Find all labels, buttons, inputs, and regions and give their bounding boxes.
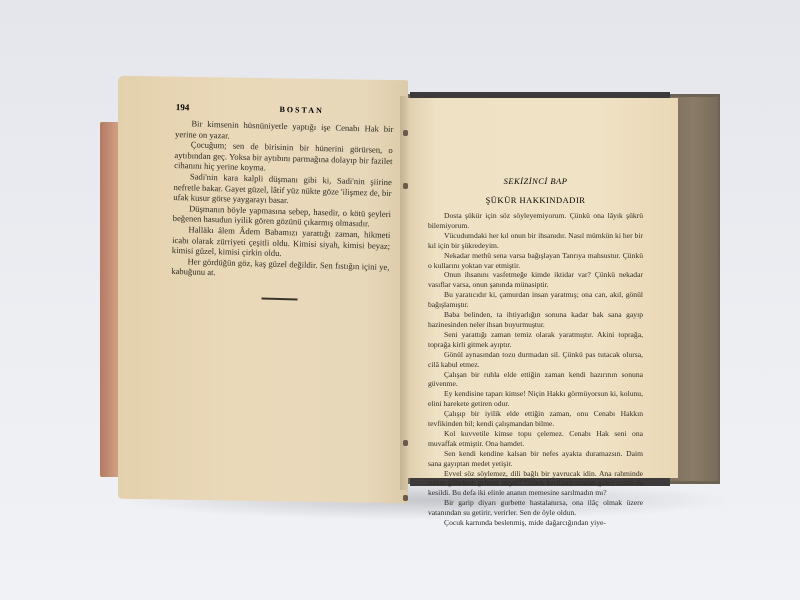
- paragraph: Kol kuvvetile kimse topu çelemez. Cenabı…: [428, 429, 643, 449]
- paragraph: Onun ihsanını vasfetmeğe kimde iktidar v…: [428, 270, 643, 290]
- paragraph: Baba belinden, ta ihtiyarlığın sonuna ka…: [428, 310, 643, 330]
- paragraph: Gönül aynasından tozu durmadan sil. Çünk…: [428, 350, 643, 370]
- paragraph: Vücudumdaki her kıl onun bir ihsanıdır. …: [428, 231, 643, 251]
- paragraph: Çalışıp bir iyilik elde ettiğin zaman, o…: [428, 409, 643, 429]
- running-title: BOSTAN: [279, 105, 324, 116]
- left-page-body: Bir kimsenin hüsnüniyetle yaptığı işe Ce…: [171, 118, 393, 283]
- right-page-body: Dosta şükür için söz söyleyemiyorum. Çün…: [428, 211, 643, 528]
- paragraph: Seni yarattığı zaman temiz olarak yaratm…: [428, 330, 643, 350]
- chapter-subtitle: ŞÜKÜR HAKKINDADIR: [428, 195, 643, 205]
- paragraph: Evvel söz söylemez, dili bağlı bir yavru…: [428, 469, 643, 499]
- binding-stitch: [403, 440, 408, 446]
- paragraph: Ey kendisine taparı kimse! Niçin Hakkı g…: [428, 389, 643, 409]
- book-gutter: [400, 96, 410, 490]
- paragraph: Bu yaratıcıdır ki, çamurdan insan yaratm…: [428, 290, 643, 310]
- binding-stitch: [403, 495, 408, 501]
- paragraph: Çalışan bir ruhla elde ettiğin zaman ken…: [428, 370, 643, 390]
- chapter-title: SEKİZİNCİ BAP: [428, 176, 643, 186]
- right-page-content: SEKİZİNCİ BAP ŞÜKÜR HAKKINDADIR Dosta şü…: [428, 176, 643, 528]
- paragraph: Nekadar methü sena varsa bağışlayan Tanr…: [428, 251, 643, 271]
- binding-stitch: [403, 130, 408, 136]
- paragraph: Sen kendi kendine kalsan bir nefes ayakt…: [428, 449, 643, 469]
- left-page-content: 194 BOSTAN Bir kimsenin hüsnüniyetle yap…: [171, 102, 394, 303]
- paragraph: Çocuk karnında beslenmiş, mide dağarcığı…: [428, 518, 643, 528]
- paragraph: Dosta şükür için söz söyleyemiyorum. Çün…: [428, 211, 643, 231]
- page-number: 194: [176, 102, 190, 112]
- paragraph: Bir garip diyarı gurbette hastalanırsa, …: [428, 498, 643, 518]
- binding-stitch: [403, 183, 408, 189]
